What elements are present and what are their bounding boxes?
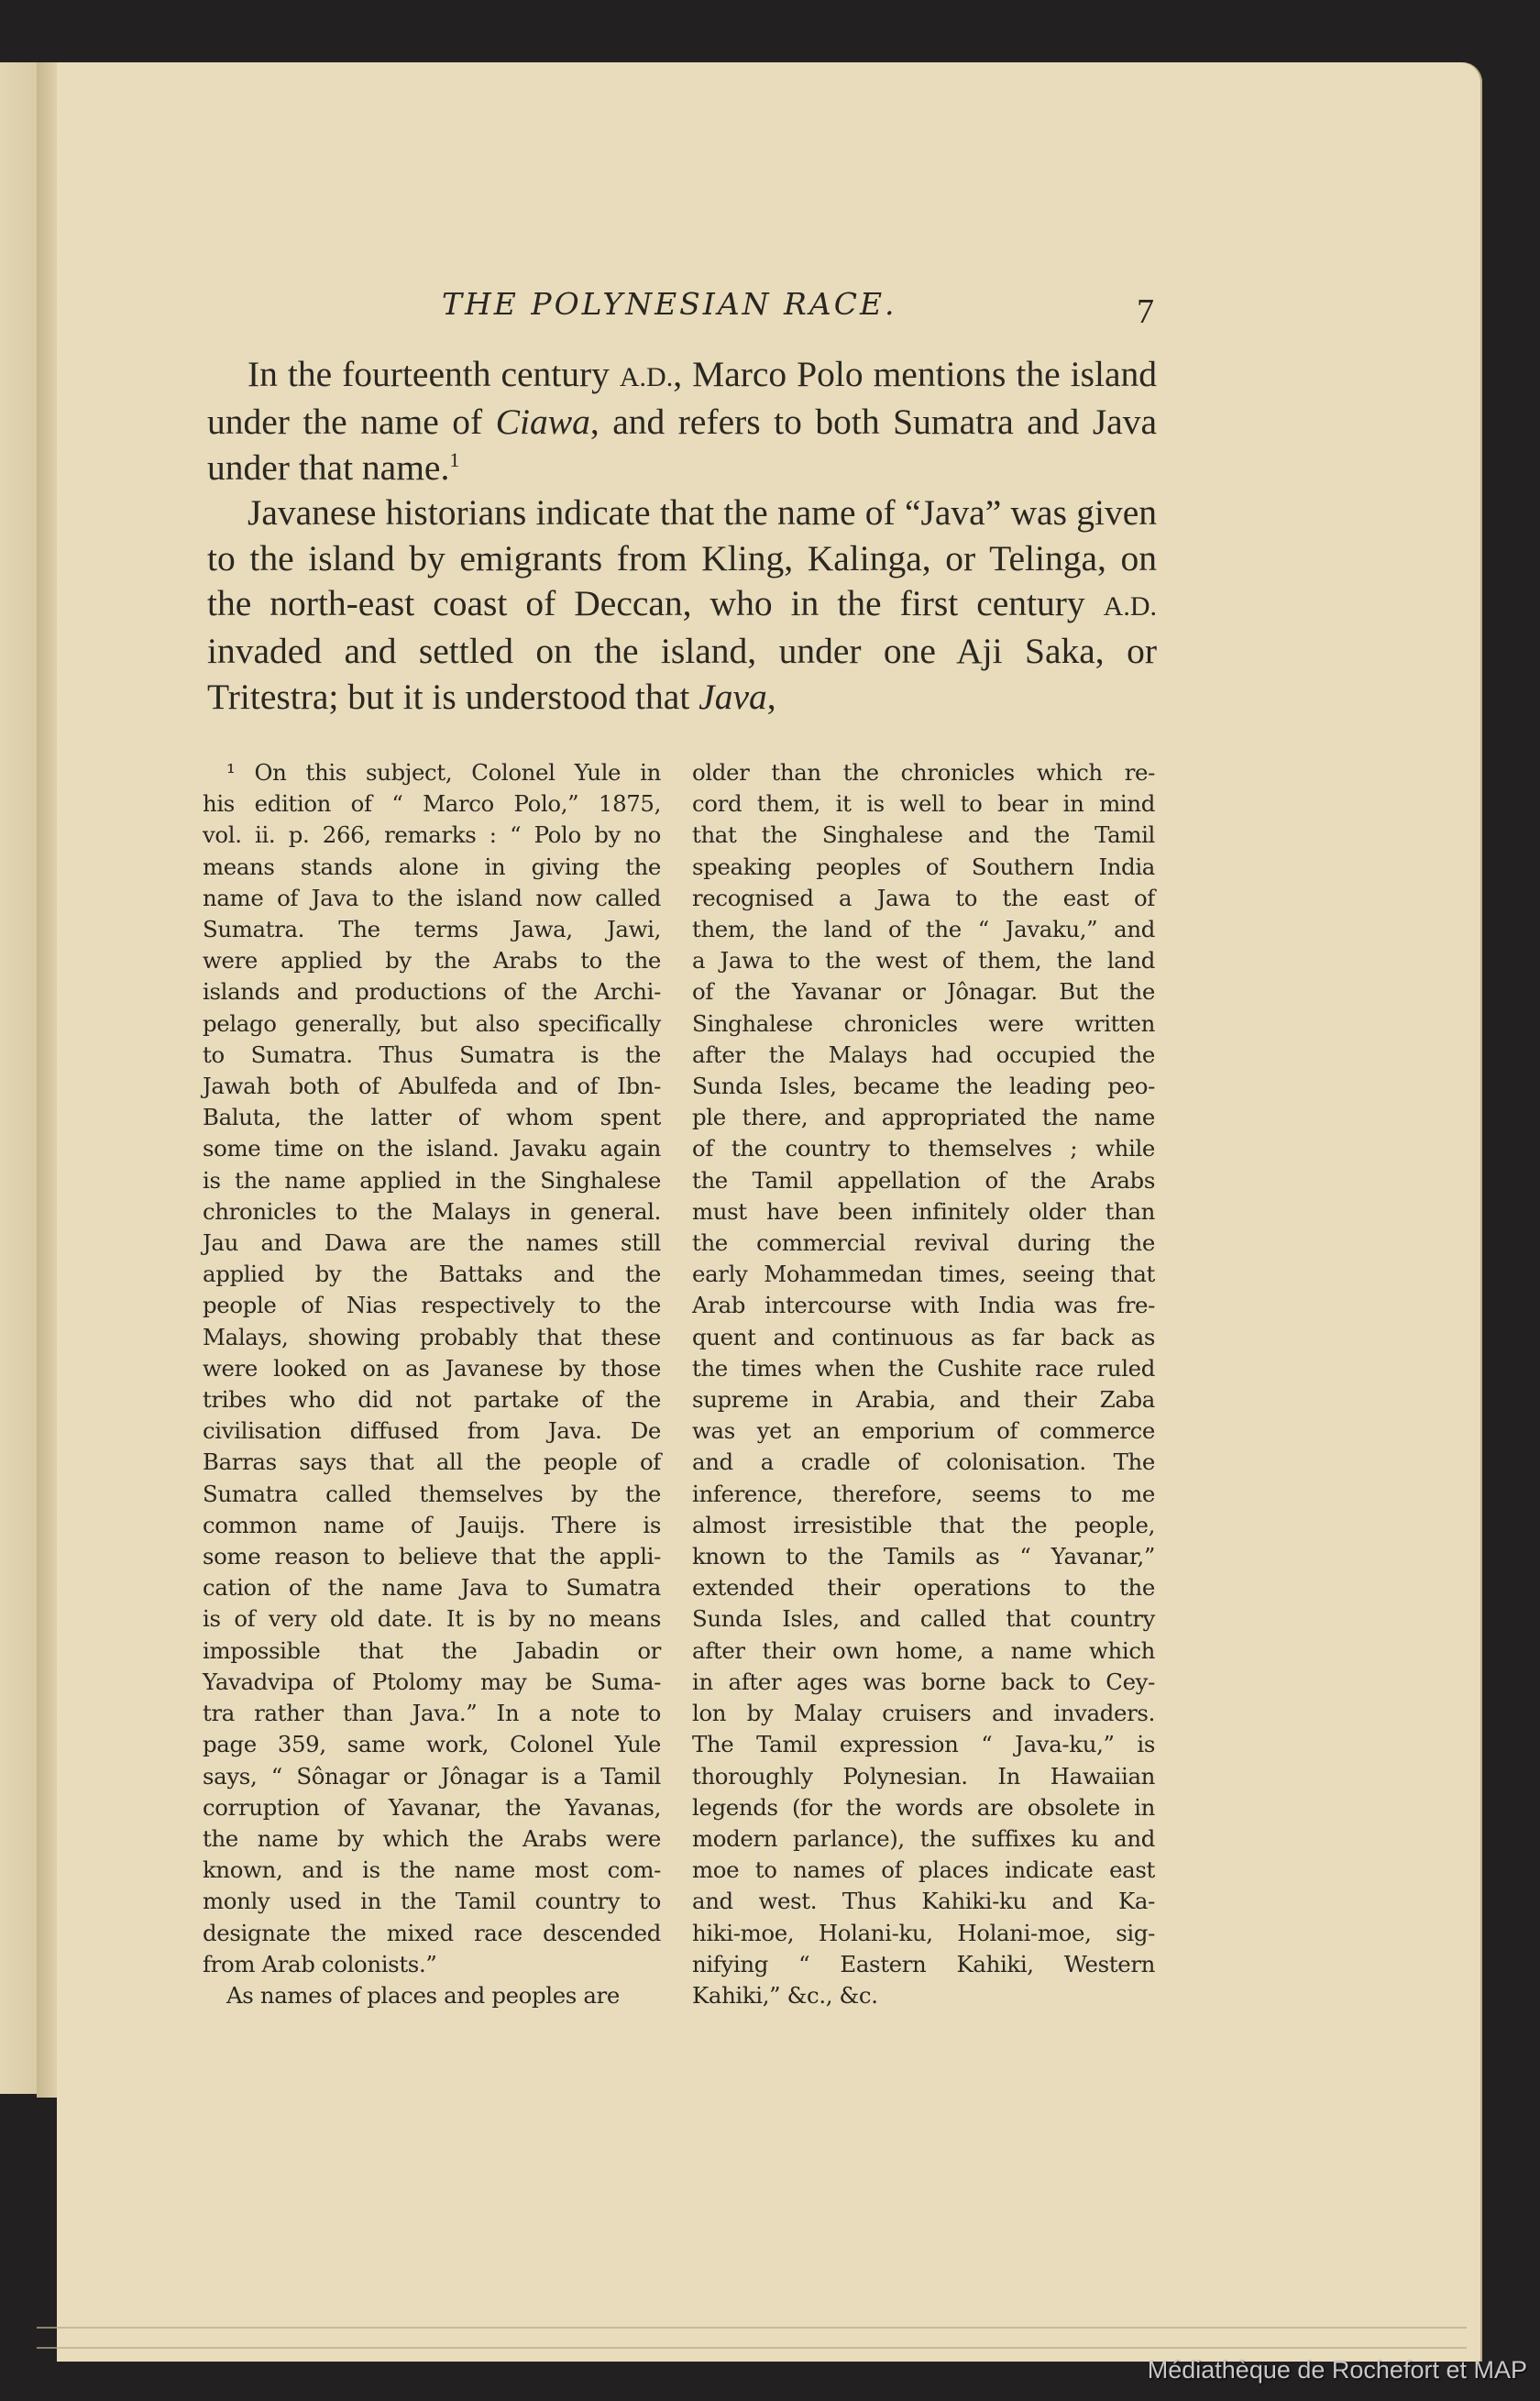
footnote-line: of the Yavanar or Jônagar. But the bbox=[692, 976, 1155, 1008]
footnote-line: Baluta, the latter of whom spent bbox=[203, 1102, 661, 1133]
footnote-line: Yavadvipa of Ptolomy may be Suma- bbox=[203, 1667, 661, 1698]
footnote-line: tribes who did not partake of the bbox=[203, 1384, 661, 1415]
footnote-line: vol. ii. p. 266, remarks : “ Polo by no bbox=[203, 820, 661, 851]
paragraph: In the fourteenth century A.D., Marco Po… bbox=[207, 352, 1157, 490]
footnote-line: quent and continuous as far back as bbox=[692, 1322, 1155, 1353]
footnote-line: recognised a Jawa to the east of bbox=[692, 883, 1155, 914]
footnote-line: ¹ On this subject, Colonel Yule in bbox=[203, 757, 661, 788]
footnote-line: people of Nias respectively to the bbox=[203, 1290, 661, 1321]
footnote-line: The Tamil expression “ Java-ku,” is bbox=[692, 1729, 1155, 1760]
footnote-line: civilisation diffused from Java. De bbox=[203, 1415, 661, 1447]
footnote-line: after the Malays had occupied the bbox=[692, 1040, 1155, 1071]
footnote-line: tra rather than Java.” In a note to bbox=[203, 1698, 661, 1729]
footnote-line: some reason to believe that the appli- bbox=[203, 1541, 661, 1572]
footnote-line: moe to names of places indicate east bbox=[692, 1855, 1155, 1886]
footnote-line: in after ages was borne back to Cey- bbox=[692, 1667, 1155, 1698]
footnote-line: the commercial revival during the bbox=[692, 1228, 1155, 1259]
running-head: THE POLYNESIAN RACE. bbox=[442, 286, 897, 322]
footnote-line: Kahiki,” &c., &c. bbox=[692, 1980, 1155, 2011]
footnote-line: extended their operations to the bbox=[692, 1572, 1155, 1603]
footnote-line: Sunda Isles, and called that country bbox=[692, 1603, 1155, 1635]
footnote-line: applied by the Battaks and the bbox=[203, 1259, 661, 1290]
page-stack-edge bbox=[37, 2347, 1467, 2349]
footnote-line: after their own home, a name which bbox=[692, 1636, 1155, 1667]
footnote-line: almost irresistible that the people, bbox=[692, 1510, 1155, 1541]
footnote-line: page 359, same work, Colonel Yule bbox=[203, 1729, 661, 1760]
page-number: 7 bbox=[1137, 292, 1154, 332]
footnote-line: Singhalese chronicles were written bbox=[692, 1008, 1155, 1040]
footnote-line: inference, therefore, seems to me bbox=[692, 1479, 1155, 1510]
footnote-line: some time on the island. Javaku again bbox=[203, 1133, 661, 1164]
main-text: In the fourteenth century A.D., Marco Po… bbox=[207, 352, 1157, 720]
footnote-line: cation of the name Java to Sumatra bbox=[203, 1572, 661, 1603]
footnote-line: Sunda Isles, became the leading peo- bbox=[692, 1071, 1155, 1102]
footnote-line: Arab intercourse with India was fre- bbox=[692, 1290, 1155, 1321]
footnote-line: speaking peoples of Southern India bbox=[692, 852, 1155, 883]
page-stack-edge bbox=[37, 2327, 1467, 2329]
footnote-line: legends (for the words are obsolete in bbox=[692, 1792, 1155, 1823]
footnote-line: known, and is the name most com- bbox=[203, 1855, 661, 1886]
footnote-line: was yet an emporium of commerce bbox=[692, 1415, 1155, 1447]
footnote-line: that the Singhalese and the Tamil bbox=[692, 820, 1155, 851]
footnote-line: name of Java to the island now called bbox=[203, 883, 661, 914]
footnote-line: lon by Malay cruisers and invaders. bbox=[692, 1698, 1155, 1729]
footnote-line: were applied by the Arabs to the bbox=[203, 945, 661, 976]
footnote-line: means stands alone in giving the bbox=[203, 852, 661, 883]
footnote-line: thoroughly Polynesian. In Hawaiian bbox=[692, 1761, 1155, 1792]
footnote-line: nifying “ Eastern Kahiki, Western bbox=[692, 1949, 1155, 1980]
footnote-line: impossible that the Jabadin or bbox=[203, 1636, 661, 1667]
footnote-line: Barras says that all the people of bbox=[203, 1447, 661, 1478]
footnote-line: and a cradle of colonisation. The bbox=[692, 1447, 1155, 1478]
footnote-line: of the country to themselves ; while bbox=[692, 1133, 1155, 1164]
footnote-line: early Mohammedan times, seeing that bbox=[692, 1259, 1155, 1290]
footnote-line: Jau and Dawa are the names still bbox=[203, 1228, 661, 1259]
footnote-line: older than the chronicles which re- bbox=[692, 757, 1155, 788]
footnote-line: Jawah both of Abulfeda and of Ibn- bbox=[203, 1071, 661, 1102]
footnote-line: common name of Jauijs. There is bbox=[203, 1510, 661, 1541]
footnote-line: Malays, showing probably that these bbox=[203, 1322, 661, 1353]
watermark: Médiathèque de Rochefort et MAP bbox=[1148, 2356, 1527, 2384]
footnote-line: must have been infinitely older than bbox=[692, 1196, 1155, 1228]
footnote-line: pelago generally, but also specifically bbox=[203, 1008, 661, 1040]
footnote-line: says, “ Sônagar or Jônagar is a Tamil bbox=[203, 1761, 661, 1792]
footnote-line: and west. Thus Kahiki-ku and Ka- bbox=[692, 1886, 1155, 1917]
paragraph: Javanese historians indicate that the na… bbox=[207, 490, 1157, 720]
footnote-line: known to the Tamils as “ Yavanar,” bbox=[692, 1541, 1155, 1572]
footnote-line: modern parlance), the suffixes ku and bbox=[692, 1823, 1155, 1855]
footnote-line: Sumatra called themselves by the bbox=[203, 1479, 661, 1510]
footnote-line: ple there, and appropriated the name bbox=[692, 1102, 1155, 1133]
previous-page-edge bbox=[0, 62, 37, 2094]
footnote-line: them, the land of the “ Javaku,” and bbox=[692, 914, 1155, 945]
footnote-line: were looked on as Javanese by those bbox=[203, 1353, 661, 1384]
footnote-line: corruption of Yavanar, the Yavanas, bbox=[203, 1792, 661, 1823]
footnote-line: his edition of “ Marco Polo,” 1875, bbox=[203, 788, 661, 820]
footnote-line: is of very old date. It is by no means bbox=[203, 1603, 661, 1635]
footnote-line: the Tamil appellation of the Arabs bbox=[692, 1165, 1155, 1196]
footnote-line: cord them, it is well to bear in mind bbox=[692, 788, 1155, 820]
footnote-line: hiki-moe, Holani-ku, Holani-moe, sig- bbox=[692, 1918, 1155, 1949]
footnote-line: chronicles to the Malays in general. bbox=[203, 1196, 661, 1228]
footnote-line: Sumatra. The terms Jawa, Jawi, bbox=[203, 914, 661, 945]
footnote-line: a Jawa to the west of them, the land bbox=[692, 945, 1155, 976]
footnote-line: to Sumatra. Thus Sumatra is the bbox=[203, 1040, 661, 1071]
footnote-line: the times when the Cushite race ruled bbox=[692, 1353, 1155, 1384]
footnote-column-left: ¹ On this subject, Colonel Yule inhis ed… bbox=[203, 757, 661, 2011]
footnote-line: islands and productions of the Archi- bbox=[203, 976, 661, 1008]
footnote-marker: 1 bbox=[449, 448, 459, 471]
footnote-line: is the name applied in the Singhalese bbox=[203, 1165, 661, 1196]
footnote-line: supreme in Arabia, and their Zaba bbox=[692, 1384, 1155, 1415]
footnote-line: designate the mixed race descended bbox=[203, 1918, 661, 1949]
footnote-line: monly used in the Tamil country to bbox=[203, 1886, 661, 1917]
footnote-line: the name by which the Arabs were bbox=[203, 1823, 661, 1855]
footnote-line: As names of places and peoples are bbox=[203, 1980, 661, 2011]
footnote-column-right: older than the chronicles which re-cord … bbox=[692, 757, 1155, 2011]
footnote-line: from Arab colonists.” bbox=[203, 1949, 661, 1980]
